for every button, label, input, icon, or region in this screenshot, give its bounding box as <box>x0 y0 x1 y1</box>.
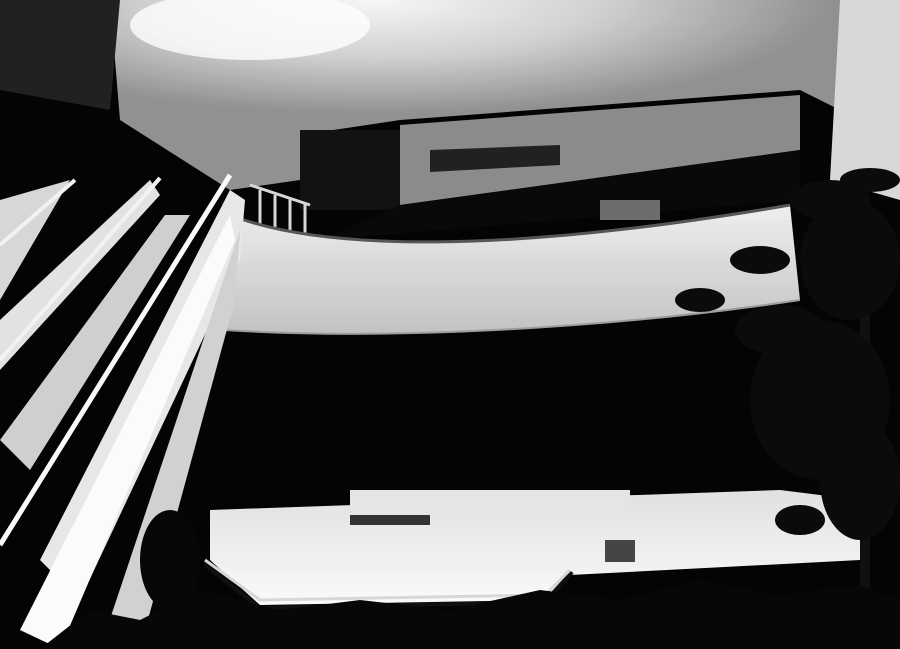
mall-interior-photo <box>0 0 900 649</box>
photo-scene <box>0 0 900 649</box>
